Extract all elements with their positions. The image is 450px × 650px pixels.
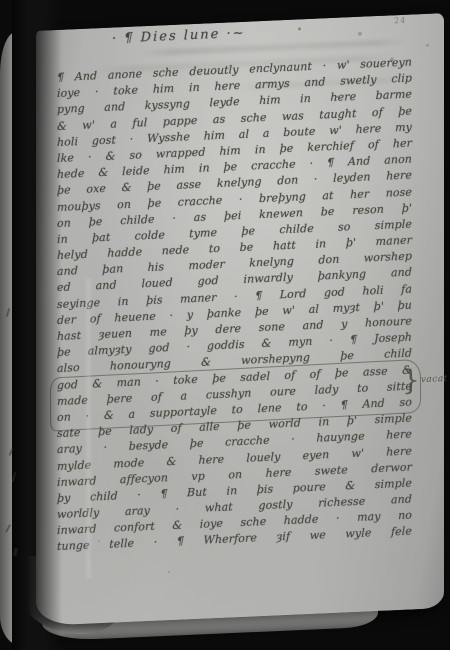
stain-speck (168, 571, 170, 573)
stain-speck (358, 32, 362, 36)
stain-speck (426, 44, 429, 47)
folio-number: 24 (394, 16, 406, 26)
margin-note-label: vacat (421, 374, 448, 385)
margin-note-vacat: } vacat (402, 365, 448, 395)
running-title: · ¶ Dies lune ·~ (112, 24, 292, 47)
text-block: ¶ And anone sche deuoutly enclynaunt · w… (57, 54, 412, 561)
stain-speck (298, 27, 301, 30)
manuscript-photo: · ¶ Dies lune ·~ 24 ¶ And anone sche deu… (0, 0, 450, 650)
manuscript-page: · ¶ Dies lune ·~ 24 ¶ And anone sche deu… (36, 13, 444, 626)
margin-brace: } (402, 366, 420, 395)
